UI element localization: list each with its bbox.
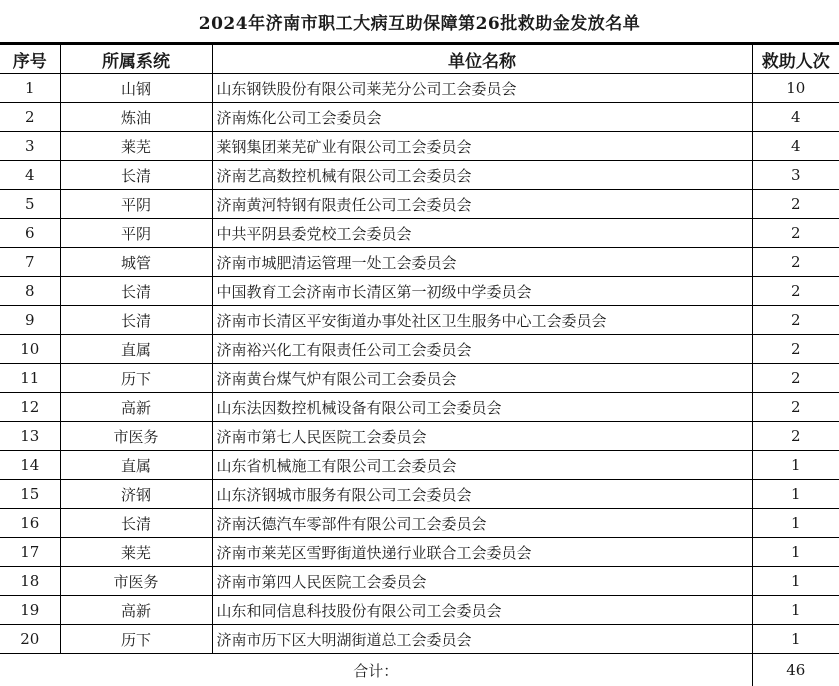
row-unit: 济南市第四人民医院工会委员会 — [212, 567, 752, 596]
row-count: 2 — [752, 190, 839, 219]
table-row: 18市医务济南市第四人民医院工会委员会1 — [0, 567, 839, 596]
row-system: 长清 — [60, 277, 212, 306]
row-index: 7 — [0, 248, 60, 277]
row-count: 10 — [752, 74, 839, 103]
row-unit: 济南黄台煤气炉有限公司工会委员会 — [212, 364, 752, 393]
row-index: 1 — [0, 74, 60, 103]
row-system: 济钢 — [60, 480, 212, 509]
row-system: 炼油 — [60, 103, 212, 132]
header-count: 救助人次 — [752, 45, 839, 74]
row-unit: 济南裕兴化工有限责任公司工会委员会 — [212, 335, 752, 364]
row-unit: 山东钢铁股份有限公司莱芜分公司工会委员会 — [212, 74, 752, 103]
row-count: 1 — [752, 567, 839, 596]
row-count: 2 — [752, 219, 839, 248]
row-index: 20 — [0, 625, 60, 654]
table-row: 6平阴中共平阴县委党校工会委员会2 — [0, 219, 839, 248]
row-index: 17 — [0, 538, 60, 567]
row-unit: 济南市历下区大明湖街道总工会委员会 — [212, 625, 752, 654]
row-system: 城管 — [60, 248, 212, 277]
row-unit: 济南市城肥清运管理一处工会委员会 — [212, 248, 752, 277]
row-system: 莱芜 — [60, 538, 212, 567]
row-unit: 中共平阴县委党校工会委员会 — [212, 219, 752, 248]
header-unit: 单位名称 — [212, 45, 752, 74]
row-system: 历下 — [60, 625, 212, 654]
row-index: 8 — [0, 277, 60, 306]
row-index: 2 — [0, 103, 60, 132]
row-system: 平阴 — [60, 190, 212, 219]
row-count: 2 — [752, 248, 839, 277]
header-row: 序号 所属系统 单位名称 救助人次 — [0, 45, 839, 74]
row-count: 2 — [752, 277, 839, 306]
row-count: 1 — [752, 509, 839, 538]
row-index: 12 — [0, 393, 60, 422]
header-system: 所属系统 — [60, 45, 212, 74]
table-row: 20历下济南市历下区大明湖街道总工会委员会1 — [0, 625, 839, 654]
table-row: 9长清济南市长清区平安街道办事处社区卫生服务中心工会委员会2 — [0, 306, 839, 335]
row-unit: 山东省机械施工有限公司工会委员会 — [212, 451, 752, 480]
row-index: 4 — [0, 161, 60, 190]
row-system: 市医务 — [60, 422, 212, 451]
row-count: 3 — [752, 161, 839, 190]
relief-fund-table: 序号 所属系统 单位名称 救助人次 1山钢山东钢铁股份有限公司莱芜分公司工会委员… — [0, 44, 839, 686]
row-system: 长清 — [60, 161, 212, 190]
table-row: 4长清济南艺高数控机械有限公司工会委员会3 — [0, 161, 839, 190]
row-system: 平阴 — [60, 219, 212, 248]
row-unit: 山东和同信息科技股份有限公司工会委员会 — [212, 596, 752, 625]
row-count: 4 — [752, 103, 839, 132]
row-unit: 济南市莱芜区雪野街道快递行业联合工会委员会 — [212, 538, 752, 567]
row-unit: 中国教育工会济南市长清区第一初级中学委员会 — [212, 277, 752, 306]
document-title: 2024年济南市职工大病互助保障第26批救助金发放名单 — [0, 0, 839, 44]
row-index: 19 — [0, 596, 60, 625]
row-count: 1 — [752, 538, 839, 567]
row-unit: 济南市长清区平安街道办事处社区卫生服务中心工会委员会 — [212, 306, 752, 335]
row-system: 历下 — [60, 364, 212, 393]
row-count: 2 — [752, 393, 839, 422]
header-index: 序号 — [0, 45, 60, 74]
row-unit: 济南炼化公司工会委员会 — [212, 103, 752, 132]
row-count: 1 — [752, 596, 839, 625]
table-row: 13市医务济南市第七人民医院工会委员会2 — [0, 422, 839, 451]
total-value: 46 — [752, 654, 839, 686]
table-row: 5平阴济南黄河特钢有限责任公司工会委员会2 — [0, 190, 839, 219]
table-row: 8长清中国教育工会济南市长清区第一初级中学委员会2 — [0, 277, 839, 306]
row-system: 直属 — [60, 335, 212, 364]
table-row: 11历下济南黄台煤气炉有限公司工会委员会2 — [0, 364, 839, 393]
row-index: 15 — [0, 480, 60, 509]
table-row: 2炼油济南炼化公司工会委员会4 — [0, 103, 839, 132]
row-unit: 济南沃德汽车零部件有限公司工会委员会 — [212, 509, 752, 538]
row-count: 4 — [752, 132, 839, 161]
row-unit: 山东济钢城市服务有限公司工会委员会 — [212, 480, 752, 509]
table-row: 16长清济南沃德汽车零部件有限公司工会委员会1 — [0, 509, 839, 538]
total-label: 合计： — [0, 654, 752, 686]
row-system: 山钢 — [60, 74, 212, 103]
row-index: 3 — [0, 132, 60, 161]
row-count: 1 — [752, 625, 839, 654]
row-system: 高新 — [60, 596, 212, 625]
row-index: 9 — [0, 306, 60, 335]
row-count: 2 — [752, 335, 839, 364]
row-unit: 济南黄河特钢有限责任公司工会委员会 — [212, 190, 752, 219]
table-row: 10直属济南裕兴化工有限责任公司工会委员会2 — [0, 335, 839, 364]
table-row: 19高新山东和同信息科技股份有限公司工会委员会1 — [0, 596, 839, 625]
row-unit: 济南市第七人民医院工会委员会 — [212, 422, 752, 451]
row-index: 10 — [0, 335, 60, 364]
row-index: 5 — [0, 190, 60, 219]
row-unit: 莱钢集团莱芜矿业有限公司工会委员会 — [212, 132, 752, 161]
row-system: 长清 — [60, 306, 212, 335]
row-index: 16 — [0, 509, 60, 538]
table-row: 7城管济南市城肥清运管理一处工会委员会2 — [0, 248, 839, 277]
row-unit: 山东法因数控机械设备有限公司工会委员会 — [212, 393, 752, 422]
table-row: 15济钢山东济钢城市服务有限公司工会委员会1 — [0, 480, 839, 509]
table-row: 1山钢山东钢铁股份有限公司莱芜分公司工会委员会10 — [0, 74, 839, 103]
total-row: 合计： 46 — [0, 654, 839, 686]
table-row: 12高新山东法因数控机械设备有限公司工会委员会2 — [0, 393, 839, 422]
row-index: 18 — [0, 567, 60, 596]
row-count: 2 — [752, 422, 839, 451]
row-index: 14 — [0, 451, 60, 480]
row-index: 6 — [0, 219, 60, 248]
row-count: 2 — [752, 364, 839, 393]
row-system: 高新 — [60, 393, 212, 422]
row-count: 1 — [752, 451, 839, 480]
row-count: 2 — [752, 306, 839, 335]
row-system: 莱芜 — [60, 132, 212, 161]
table-row: 17莱芜济南市莱芜区雪野街道快递行业联合工会委员会1 — [0, 538, 839, 567]
row-system: 长清 — [60, 509, 212, 538]
row-unit: 济南艺高数控机械有限公司工会委员会 — [212, 161, 752, 190]
row-count: 1 — [752, 480, 839, 509]
row-system: 市医务 — [60, 567, 212, 596]
table-row: 14直属山东省机械施工有限公司工会委员会1 — [0, 451, 839, 480]
row-index: 11 — [0, 364, 60, 393]
row-index: 13 — [0, 422, 60, 451]
table-body: 1山钢山东钢铁股份有限公司莱芜分公司工会委员会102炼油济南炼化公司工会委员会4… — [0, 74, 839, 654]
row-system: 直属 — [60, 451, 212, 480]
table-row: 3莱芜莱钢集团莱芜矿业有限公司工会委员会4 — [0, 132, 839, 161]
